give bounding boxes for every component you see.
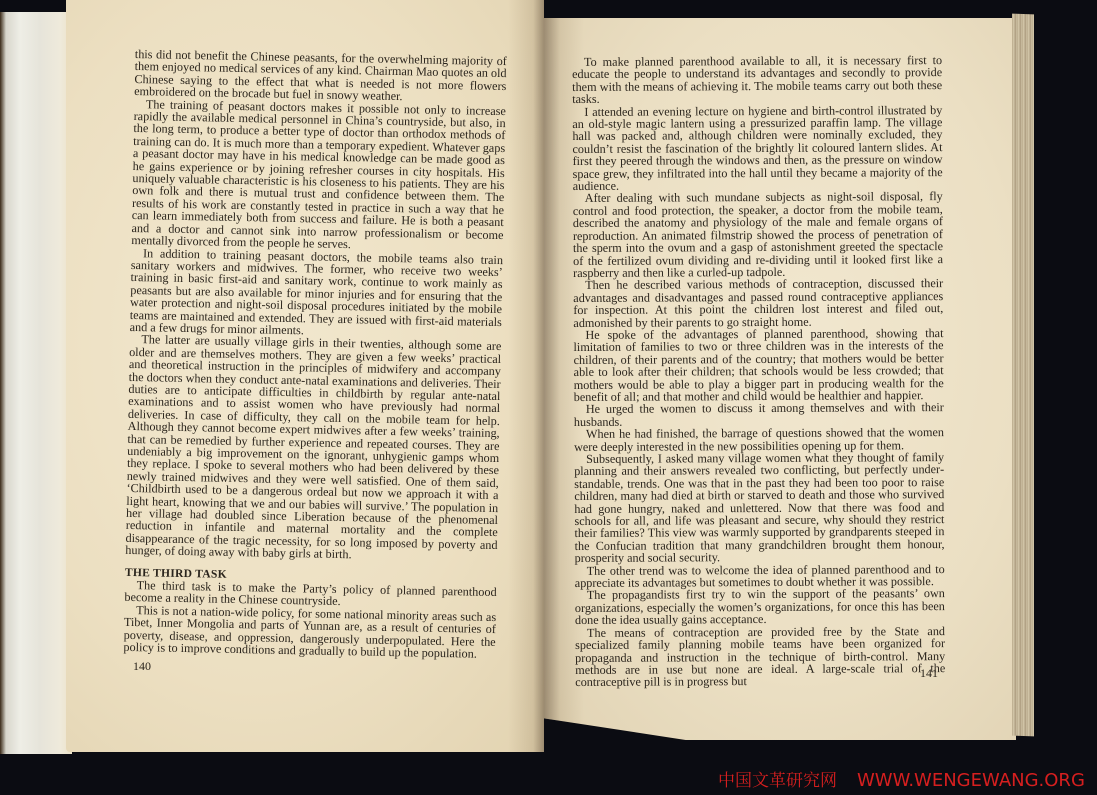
paragraph: this did not benefit the Chinese peasant… [134,48,507,105]
paragraph: To make planned parenthood available to … [572,54,942,106]
book-scan: this did not benefit the Chinese peasant… [0,0,1097,795]
paragraph: The means of contraception are provided … [575,625,945,689]
paragraph: The latter are usually village girls in … [125,333,501,563]
watermark-chinese-text: 中国文革研究网 [718,771,837,791]
paragraph: I attended an evening lecture on hygiene… [572,104,942,193]
paragraph: When he had finished, the barrage of que… [574,426,944,453]
page-number-right: 141 [920,666,938,681]
paragraph: Then he described various methods of con… [573,277,943,329]
left-page-stack-edge [0,12,72,754]
site-watermark: 中国文革研究网WWW.WENGEWANG.ORG [718,766,1085,791]
watermark-url: WWW.WENGEWANG.ORG [857,770,1085,791]
paragraph: The propagandists first try to win the s… [575,588,945,627]
right-page-stack-edge [1012,14,1034,737]
paragraph: He urged the women to discuss it among t… [574,401,944,428]
paragraph: In addition to training peasant doctors,… [130,246,504,340]
page-number-left: 140 [133,659,151,674]
paragraph: This is not a nation-wide policy, for so… [123,604,496,661]
left-page-text: this did not benefit the Chinese peasant… [123,48,507,661]
paragraph: Subsequently, I asked many village women… [574,451,945,565]
paragraph: He spoke of the advantages of planned pa… [573,327,943,403]
paragraph: After dealing with such mundane subjects… [573,191,943,280]
right-page-text: To make planned parenthood available to … [572,54,945,689]
paragraph: The training of peasant doctors makes it… [131,98,506,254]
paragraph: The other trend was to welcome the idea … [575,563,945,590]
